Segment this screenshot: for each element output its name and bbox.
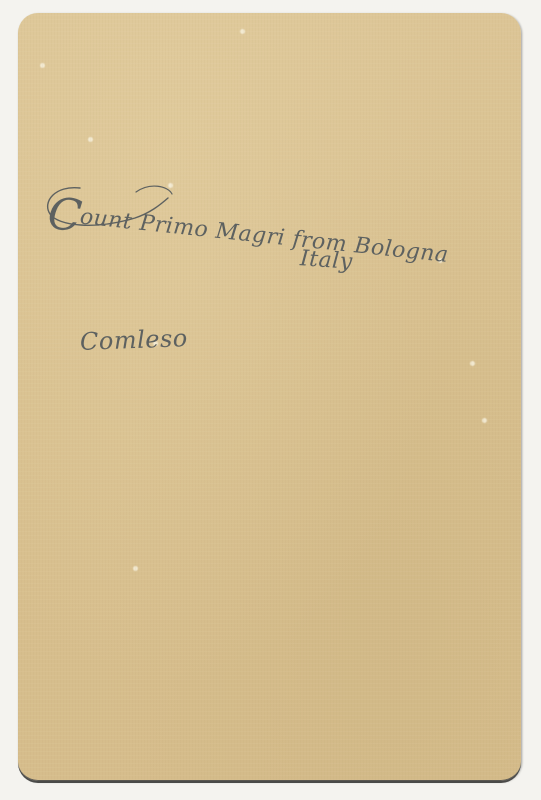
inscription-initial: C xyxy=(45,188,84,242)
paper-speck xyxy=(88,137,93,142)
paper-speck xyxy=(240,29,245,34)
paper-speck xyxy=(470,361,475,366)
paper-speck xyxy=(40,63,45,68)
inscription-line-2: Italy xyxy=(299,246,353,275)
photo-card-back xyxy=(18,13,521,781)
paper-speck xyxy=(133,566,138,571)
inscription-line-3: Comleso xyxy=(80,324,189,356)
paper-speck xyxy=(482,418,487,423)
